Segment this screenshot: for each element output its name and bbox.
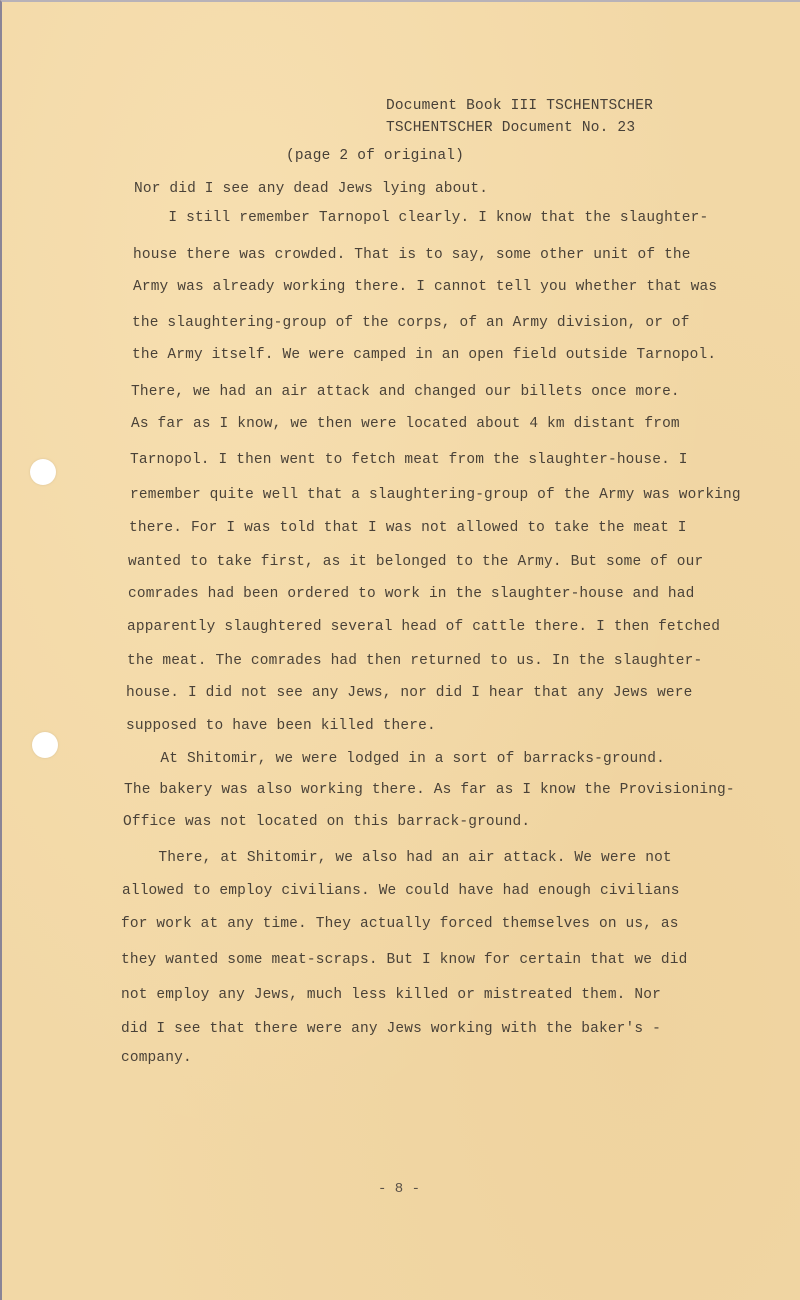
body-line: they wanted some meat-scraps. But I know… <box>121 952 688 968</box>
body-line: house there was crowded. That is to say,… <box>133 247 691 263</box>
body-line: Office was not located on this barrack-g… <box>123 814 530 830</box>
page-reference: (page 2 of original) <box>286 148 464 164</box>
body-line: Nor did I see any dead Jews lying about. <box>134 181 488 197</box>
body-line: I still remember Tarnopol clearly. I kno… <box>133 210 708 226</box>
body-line: not employ any Jews, much less killed or… <box>121 987 661 1003</box>
body-line: for work at any time. They actually forc… <box>121 916 679 932</box>
body-line: apparently slaughtered several head of c… <box>127 619 720 635</box>
body-line: comrades had been ordered to work in the… <box>128 586 695 602</box>
body-line: Army was already working there. I cannot… <box>133 279 717 295</box>
page-number: - 8 - <box>378 1181 420 1197</box>
body-line: the Army itself. We were camped in an op… <box>132 347 716 363</box>
body-line: The bakery was also working there. As fa… <box>124 782 735 798</box>
body-line: company. <box>121 1050 192 1066</box>
document-number-header: TSCHENTSCHER Document No. 23 <box>386 120 635 136</box>
body-line: there. For I was told that I was not all… <box>129 520 687 536</box>
body-line: As far as I know, we then were located a… <box>131 416 680 432</box>
document-page: Document Book III TSCHENTSCHER TSCHENTSC… <box>0 0 800 1300</box>
body-line: did I see that there were any Jews worki… <box>121 1021 661 1037</box>
body-line: Tarnopol. I then went to fetch meat from… <box>130 452 688 468</box>
body-line: There, at Shitomir, we also had an air a… <box>123 850 672 866</box>
body-line: house. I did not see any Jews, nor did I… <box>126 685 693 701</box>
body-line: At Shitomir, we were lodged in a sort of… <box>125 751 665 767</box>
body-line: supposed to have been killed there. <box>126 718 436 734</box>
body-line: the slaughtering-group of the corps, of … <box>132 315 690 331</box>
body-line: There, we had an air attack and changed … <box>131 384 680 400</box>
body-line: the meat. The comrades had then returned… <box>127 653 702 669</box>
document-book-header: Document Book III TSCHENTSCHER <box>386 98 653 114</box>
punch-hole <box>32 732 58 758</box>
punch-hole <box>30 459 56 485</box>
body-line: remember quite well that a slaughtering-… <box>130 487 741 503</box>
body-line: wanted to take first, as it belonged to … <box>128 554 703 570</box>
body-line: allowed to employ civilians. We could ha… <box>122 883 680 899</box>
